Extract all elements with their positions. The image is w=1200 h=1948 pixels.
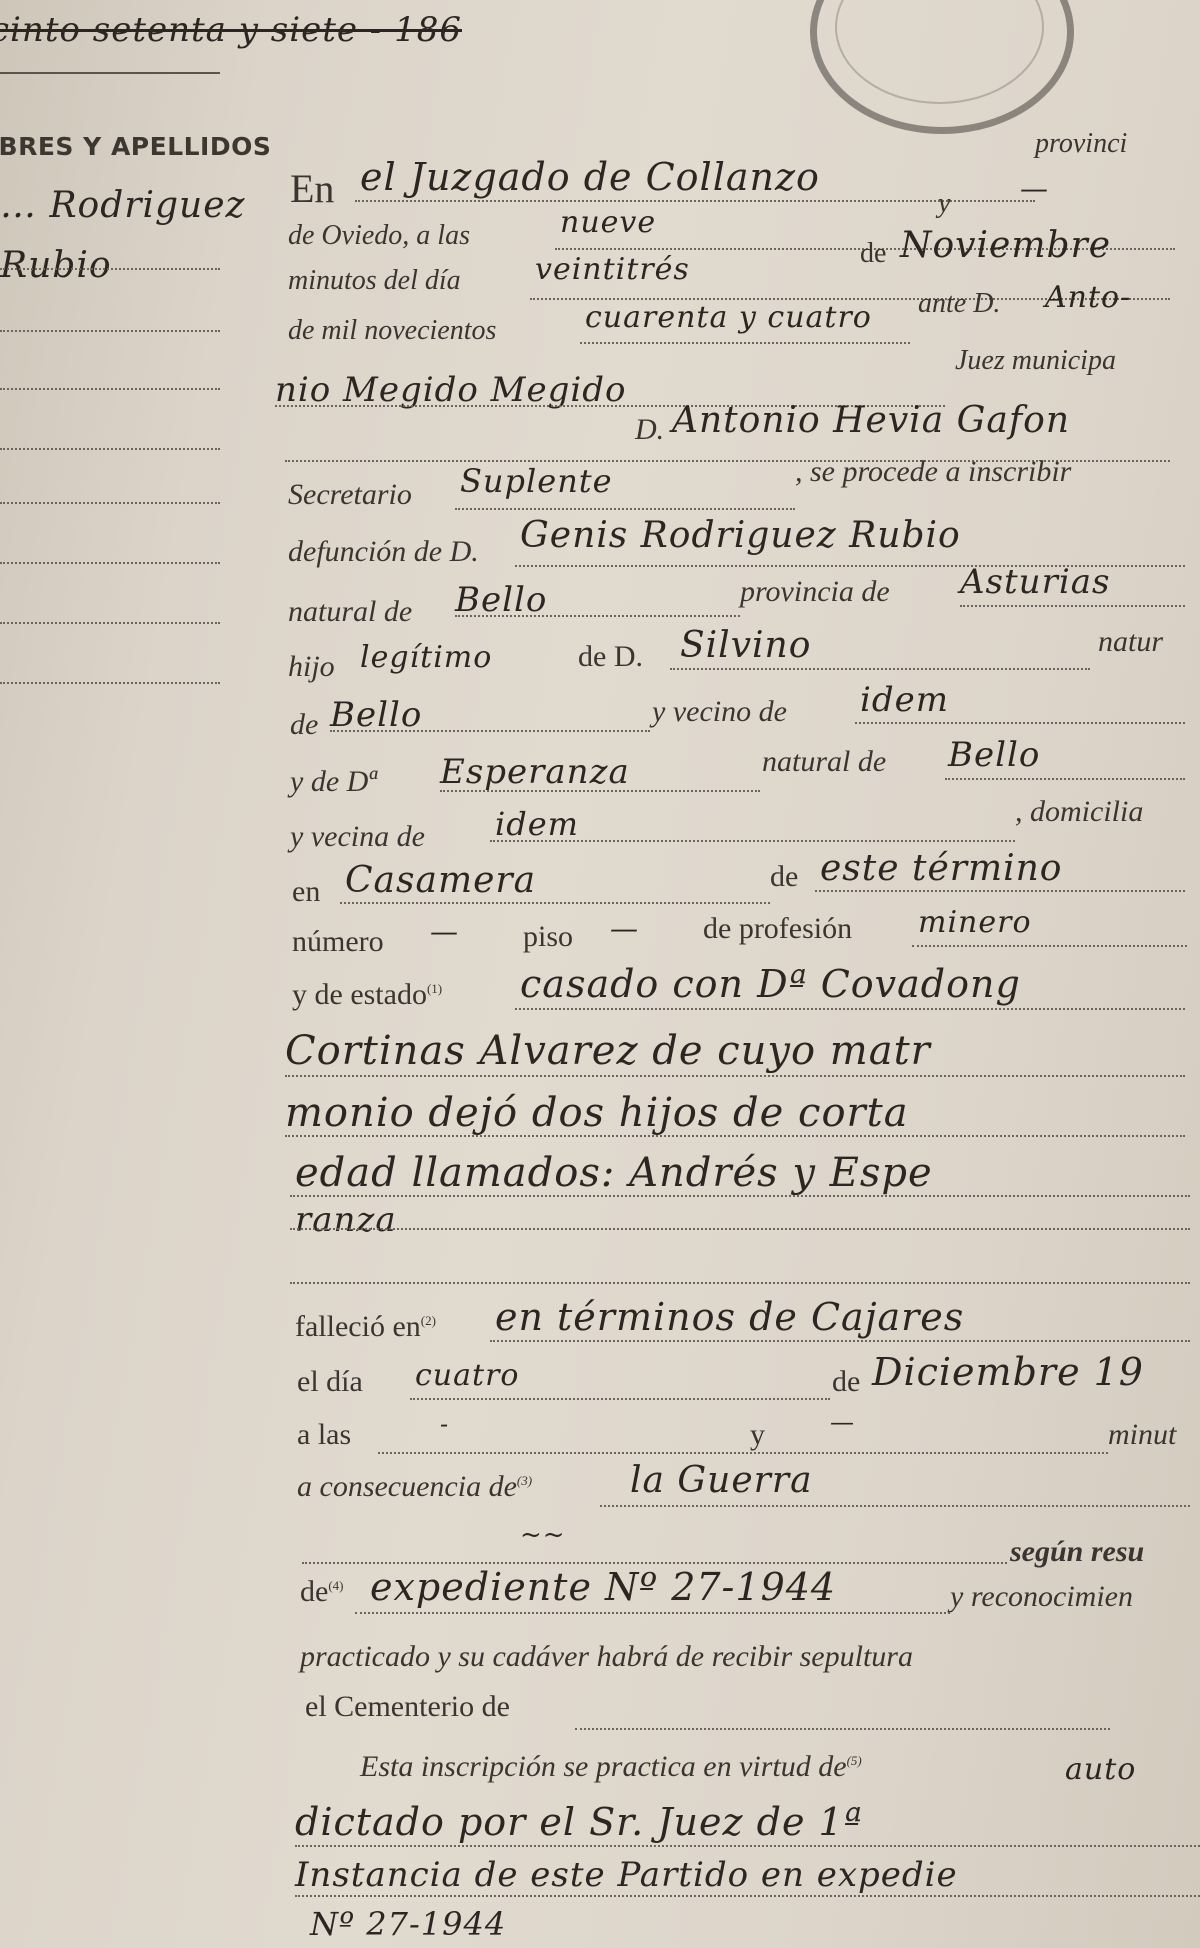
line-15-handwritten: casado con Dª Covadong [520, 962, 1021, 1006]
line-22-handwritten-2: Diciembre 19 [872, 1350, 1144, 1394]
line-1-printed-mid: y [938, 188, 950, 220]
line-19-handwritten: ranza [295, 1200, 397, 1240]
line-12-printed-post: , domicilia [1015, 795, 1143, 829]
line-9-printed: hijo [288, 650, 335, 684]
line-21-handwritten: en términos de Cajares [495, 1295, 964, 1339]
line-12-printed: y vecina de [290, 820, 425, 854]
fill-line [290, 1195, 1190, 1197]
line-6-handwritten: Suplente [460, 462, 613, 500]
fill-line [855, 722, 1185, 724]
fill-line [355, 1612, 950, 1614]
fill-line [912, 945, 1187, 947]
line-31-handwritten: Instancia de este Partido en expedie [295, 1855, 958, 1895]
fill-line [490, 1340, 1190, 1342]
line-28-printed: el Cementerio de [305, 1690, 510, 1724]
line-14-printed-mid: piso [523, 920, 573, 954]
line-5-handwritten: Antonio Hevia Gafon [672, 400, 1070, 441]
line-6-printed: Secretario [288, 478, 412, 512]
line-1-handwritten-2: — [1020, 172, 1049, 205]
line-22-handwritten: cuatro [415, 1358, 519, 1393]
line-32-handwritten: Nº 27-1944 [310, 1905, 506, 1943]
left-rule [0, 682, 220, 684]
line-26-handwritten: expediente Nº 27-1944 [370, 1565, 836, 1609]
line-29-printed: Esta inscripción se practica en virtud d… [360, 1750, 862, 1784]
line-22-printed: el día [297, 1365, 363, 1399]
line-3-printed-mid: ante D. [918, 288, 1000, 320]
fill-line [378, 1452, 1108, 1454]
line-1-printed: de Oviedo, a las [288, 220, 470, 252]
line-0-handwritten: el Juzgado de Collanzo [360, 155, 820, 199]
fill-line [815, 890, 1185, 892]
cemetery-fill-line [575, 1728, 1110, 1730]
line-9-printed-mid: de D. [578, 640, 643, 674]
line-18-handwritten: edad llamados: Andrés y Espe [295, 1150, 933, 1196]
line-17-handwritten: monio dejó dos hijos de corta [285, 1090, 909, 1136]
fill-line [580, 342, 910, 344]
fill-line [600, 1505, 1190, 1507]
line-9-handwritten-2: Silvino [680, 625, 811, 666]
line-23-printed-post: minut [1108, 1418, 1176, 1452]
line-11-handwritten-2: Bello [948, 735, 1040, 775]
line-26-printed: de(4) [300, 1575, 344, 1609]
top-underline [0, 72, 220, 74]
line-11-handwritten: Esperanza [440, 752, 630, 792]
left-rule [0, 622, 220, 624]
line-0-printed: En [290, 165, 334, 212]
line-23-printed: a las [297, 1418, 351, 1452]
line-14-handwritten-2: — [610, 912, 639, 945]
line-4-handwritten: nio Megido Megido [275, 370, 626, 410]
fill-line [302, 1562, 1007, 1564]
line-13-printed: en [292, 875, 320, 909]
line-30-handwritten: dictado por el Sr. Juez de 1ª [295, 1800, 863, 1844]
line-8-handwritten: Bello [455, 580, 547, 620]
line-13-handwritten: Casamera [345, 860, 536, 901]
fill-line [290, 1228, 1190, 1230]
top-struck-handwriting: cinto setenta y siete - 186 [0, 10, 462, 50]
line-29-handwritten: auto [1065, 1752, 1136, 1787]
fill-line [295, 1895, 1200, 1897]
line-7-printed: defunción de D. [288, 535, 479, 569]
fill-line [960, 605, 1185, 607]
line-23-handwritten: - [440, 1410, 449, 1438]
line-24-handwritten: la Guerra [630, 1460, 813, 1501]
line-10-printed: de [290, 708, 318, 742]
line-10-handwritten-2: idem [860, 680, 949, 720]
line-7-handwritten: Genis Rodriguez Rubio [520, 515, 961, 556]
line-25-handwritten: ~~ [520, 1520, 566, 1550]
line-16-handwritten: Cortinas Alvarez de cuyo matr [285, 1028, 931, 1074]
fill-line [285, 1135, 1185, 1137]
line-1-handwritten: nueve [560, 205, 656, 240]
line-6-printed-post: , se procede a inscribir [795, 455, 1071, 489]
left-rule [0, 268, 220, 270]
fill-line [670, 668, 1090, 670]
fill-line [440, 790, 760, 792]
line-0-printed-post: provinci [1035, 128, 1127, 160]
left-name-line-2: Rubio [0, 245, 112, 286]
line-2-printed: minutos del día [288, 265, 461, 297]
line-27-printed: practicado y su cadáver habrá de recibir… [300, 1640, 913, 1674]
fill-line [490, 840, 1015, 842]
line-10-printed-mid: y vecino de [652, 695, 787, 729]
line-3-handwritten-2: Anto- [1045, 280, 1131, 315]
line-9-printed-post: natur [1098, 625, 1163, 659]
line-23-printed-mid: y [750, 1418, 765, 1452]
line-2-handwritten: veintitrés [535, 252, 690, 287]
left-rule [0, 388, 220, 390]
line-25-printed-post: según resu [1010, 1535, 1144, 1569]
fill-line [515, 1008, 1185, 1010]
line-2-handwritten-2: Noviembre [900, 225, 1111, 266]
line-22-printed-mid: de [832, 1365, 860, 1399]
line-23-handwritten-2: — [830, 1408, 855, 1436]
line-2-printed-mid: de [860, 238, 886, 270]
line-13-printed-mid: de [770, 860, 798, 894]
line-21-printed: falleció en(2) [295, 1310, 436, 1344]
line-14-printed-mid-2: de profesión [703, 912, 852, 946]
line-3-printed: de mil novecientos [288, 315, 496, 347]
line-5-printed: D. [635, 413, 664, 447]
line-15-printed: y de estado(1) [292, 978, 442, 1012]
line-8-printed-mid: provincia de [740, 575, 890, 609]
fill-line [455, 508, 795, 510]
line-3-handwritten: cuarenta y cuatro [585, 300, 872, 335]
left-rule [0, 502, 220, 504]
fill-line [285, 1075, 1185, 1077]
line-12-handwritten: idem [495, 805, 579, 843]
fill-line [410, 1398, 830, 1400]
left-name-line-1: … Rodriguez [0, 185, 246, 226]
line-4-printed-post: Juez municipa [955, 345, 1116, 377]
left-rule [0, 448, 220, 450]
fill-line [340, 902, 770, 904]
line-10-handwritten: Bello [330, 695, 422, 735]
fill-line [330, 730, 650, 732]
fill-line-blank [290, 1282, 1190, 1284]
line-9-handwritten: legítimo [360, 640, 492, 675]
line-14-printed: número [292, 925, 384, 959]
left-rule [0, 562, 220, 564]
left-column-header: NOMBRES Y APELLIDOS [0, 132, 271, 161]
line-11-printed: y de Dª [290, 765, 377, 799]
line-14-handwritten-3: minero [918, 905, 1032, 940]
fill-line [295, 1845, 1200, 1847]
line-11-printed-mid: natural de [762, 745, 886, 779]
line-13-handwritten-2: este término [820, 848, 1062, 889]
fill-line [455, 615, 740, 617]
line-14-handwritten: — [430, 915, 459, 948]
fill-line [945, 778, 1185, 780]
fill-line [355, 200, 1035, 202]
line-24-printed: a consecuencia de(3) [297, 1470, 532, 1504]
line-8-printed: natural de [288, 595, 412, 629]
line-8-handwritten-2: Asturias [960, 562, 1110, 602]
left-rule [0, 330, 220, 332]
line-26-printed-post: y reconocimien [950, 1580, 1133, 1614]
